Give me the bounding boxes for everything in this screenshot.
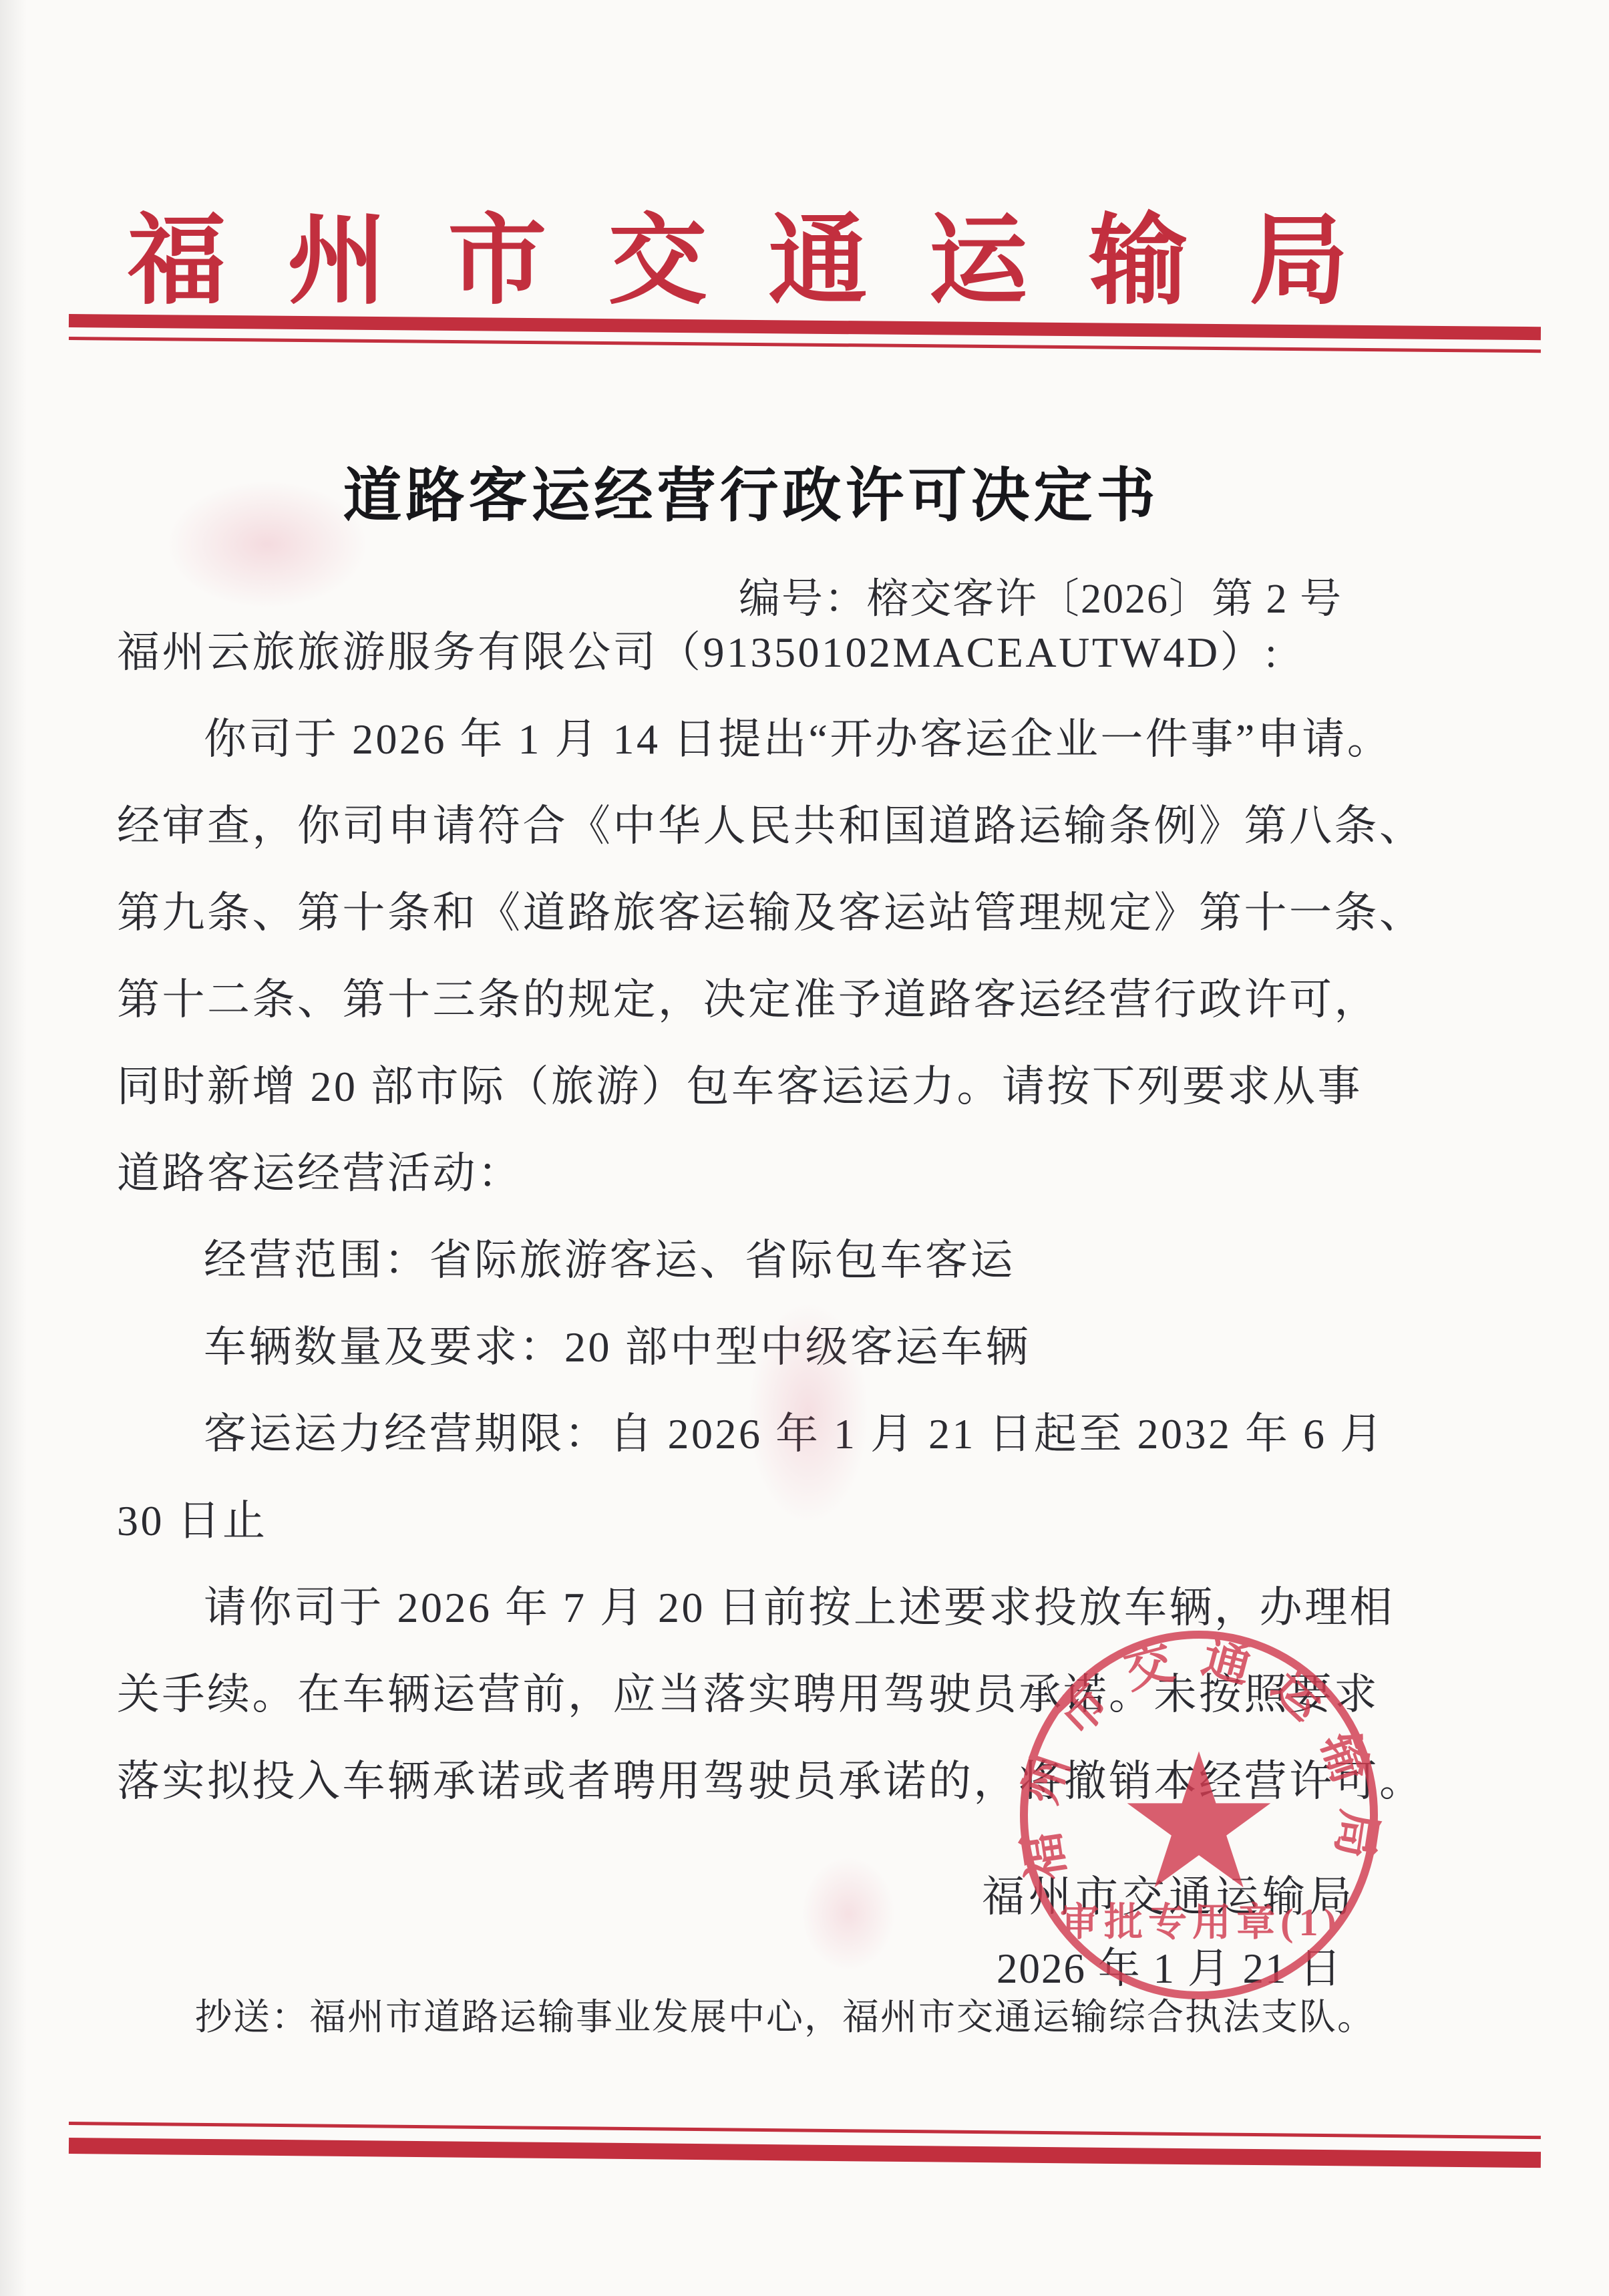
body-line: 道路客运经营活动： xyxy=(117,1130,1473,1217)
document-title: 道路客运经营行政许可决定书 xyxy=(0,449,1502,533)
body-line-business-scope: 经营范围：省际旅游客运、省际包车客运 xyxy=(117,1217,1473,1304)
scan-edge-shadow xyxy=(0,0,27,2296)
header-rule-thin xyxy=(69,337,1541,353)
body-line-operating-period: 客运运力经营期限：自 2026 年 1 月 21 日起至 2032 年 6 月 xyxy=(117,1391,1473,1478)
body-line: 经审查，你司申请符合《中华人民共和国道路运输条例》第八条、 xyxy=(117,783,1473,870)
agency-letterhead: 福州市交通运输局 xyxy=(0,182,1475,323)
body-line: 同时新增 20 部市际（旅游）包车客运运力。请按下列要求从事 xyxy=(117,1043,1473,1130)
seal-graphic: 福州市交通运输局 ★ xyxy=(1014,1625,1388,2005)
scan-smudge xyxy=(801,1857,895,1971)
recipient-line: 福州云旅旅游服务有限公司（91350102MACEAUTW4D）: xyxy=(117,609,1473,696)
cc-line: 抄送：福州市道路运输事业发展中心，福州市交通运输综合执法支队。 xyxy=(195,1987,1375,2040)
scanned-official-document: 福州市交通运输局 道路客运经营行政许可决定书 编号：榕交客许〔2026〕第 2 … xyxy=(0,0,1609,2296)
body-line-vehicle-quantity: 车辆数量及要求：20 部中型中级客运车辆 xyxy=(117,1304,1473,1391)
body-line: 第十二条、第十三条的规定，决定准予道路客运经营行政许可， xyxy=(117,957,1473,1043)
body-line: 30 日止 xyxy=(117,1478,1473,1565)
seal-inner-text: 审批专用章(1) xyxy=(1027,1891,1375,1947)
footer-rule-thin xyxy=(69,2122,1541,2139)
official-seal: 福州市交通运输局 ★ 审批专用章(1) xyxy=(1014,1625,1388,2005)
agency-name: 福州市交通运输局 xyxy=(128,207,1410,317)
body-line: 你司于 2026 年 1 月 14 日提出“开办客运企业一件事”申请。 xyxy=(117,696,1473,783)
footer-rule-thick xyxy=(69,2138,1541,2168)
body-line: 第九条、第十条和《道路旅客运输及客运站管理规定》第十一条、 xyxy=(117,870,1473,957)
